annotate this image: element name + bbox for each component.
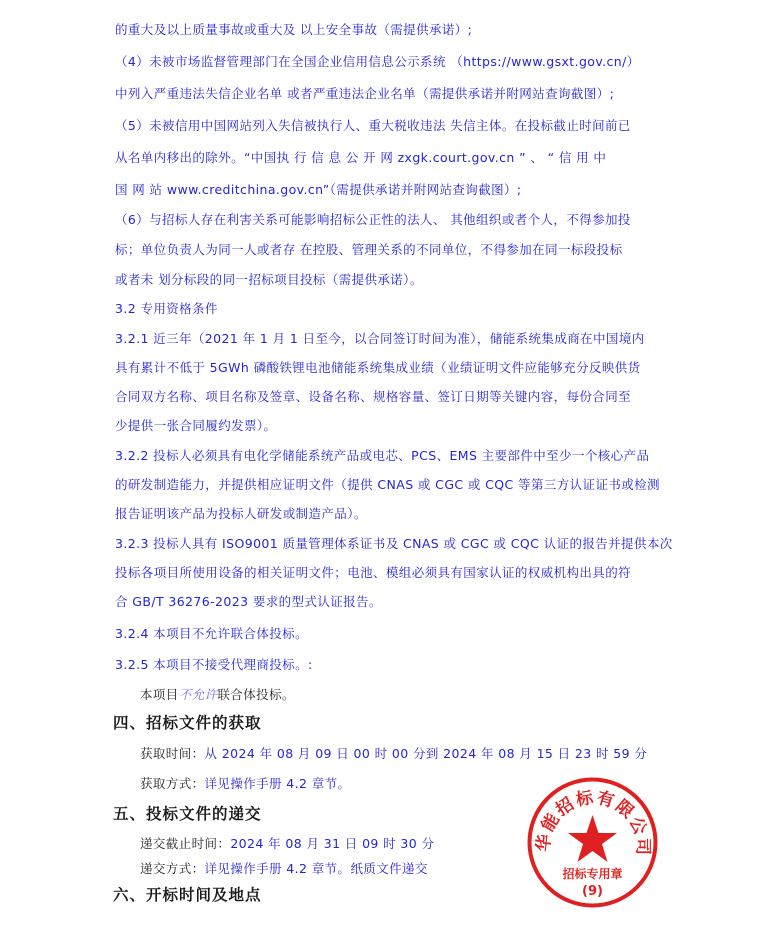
- text-line: （6）与招标人存在利害关系可能影响招标公正性的法人、 其他组织或者个人，不得参加…: [115, 210, 631, 228]
- field-label: 获取时间：: [140, 746, 205, 761]
- text-line: 合同双方名称、项目名称及签章、设备名称、规格容量、签订日期等关键内容，每份合同至: [115, 387, 631, 405]
- consortium-suffix: 联合体投标。: [217, 687, 294, 702]
- text-line: （5）未被信用中国网站列入失信被执行人、重大税收违法 失信主体。在投标截止时间前…: [115, 116, 631, 134]
- text-line: 3.2.5 本项目不接受代理商投标。:: [115, 655, 313, 673]
- svg-text:(9): (9): [582, 884, 603, 899]
- text-line: 3.2.2 投标人必须具有电化学储能系统产品或电芯、PCS、EMS 主要部件中至…: [115, 446, 649, 464]
- section-heading: 四、招标文件的获取: [113, 711, 262, 733]
- consortium-emphasis: 不允许: [179, 687, 218, 702]
- text-line: 或者未 划分标段的同一招标项目投标（需提供承诺）。: [115, 270, 423, 288]
- field-label: 递交方式：: [140, 861, 205, 876]
- text-line: 合 GB/T 36276-2023 要求的型式认证报告。: [115, 592, 382, 610]
- submit-method: 递交方式：详见操作手册 4.2 章节。纸质文件递交: [140, 859, 428, 877]
- company-seal: 华能招标有限公司 招标专用章 (9): [525, 775, 660, 910]
- text-line: 中列入严重违法失信企业名单 或者严重违法企业名单（需提供承诺并附网站查询截图）;: [115, 84, 614, 102]
- seal-icon: 华能招标有限公司 招标专用章 (9): [525, 775, 660, 910]
- acquire-method: 获取方式：详见操作手册 4.2 章节。: [140, 774, 350, 792]
- field-value: 从 2024 年 08 月 09 日 00 时 00 分到 2024 年 08 …: [205, 746, 648, 761]
- text-line: 的重大及以上质量事故或重大及 以上安全事故（需提供承诺）;: [115, 20, 472, 38]
- acquire-time: 获取时间：从 2024 年 08 月 09 日 00 时 00 分到 2024 …: [140, 744, 647, 762]
- section-heading: 五、投标文件的递交: [113, 802, 262, 824]
- text-line: 从名单内移出的除外。“中国执 行 信 息 公 开 网 zxgk.court.go…: [115, 148, 606, 166]
- consortium-note: 本项目不允许联合体投标。: [140, 685, 295, 703]
- text-line: 3.2.3 投标人具有 ISO9001 质量管理体系证书及 CNAS 或 CGC…: [115, 534, 673, 552]
- svg-text:招标专用章: 招标专用章: [561, 866, 622, 881]
- text-line: 的研发制造能力，并提供相应证明文件（提供 CNAS 或 CGC 或 CQC 等第…: [115, 475, 660, 493]
- text-line: 具有累计不低于 5GWh 磷酸铁锂电池储能系统集成业绩（业绩证明文件应能够充分反…: [115, 358, 641, 376]
- text-line: 3.2.4 本项目不允许联合体投标。: [115, 624, 308, 642]
- submit-deadline: 递交截止时间：2024 年 08 月 31 日 09 时 30 分: [140, 834, 434, 852]
- field-value: 详见操作手册 4.2 章节。纸质文件递交: [205, 861, 428, 876]
- section-heading: 六、开标时间及地点: [113, 883, 262, 905]
- text-line: 少提供一张合同履约发票）。: [115, 416, 276, 434]
- field-value: 详见操作手册 4.2 章节。: [205, 776, 351, 791]
- text-line: 标；单位负责人为同一人或者存 在控股、管理关系的不同单位，不得参加在同一标段投标: [115, 240, 622, 258]
- text-line: 国 网 站 www.creditchina.gov.cn”（需提供承诺并附网站查…: [115, 180, 522, 198]
- text-line: 投标各项目所使用设备的相关证明文件；电池、模组必须具有国家认证的权威机构出具的符: [115, 563, 631, 581]
- subsection-title: 3.2 专用资格条件: [115, 299, 218, 317]
- text-line: 报告证明该产品为投标人研发或制造产品）。: [115, 504, 367, 522]
- field-label: 递交截止时间：: [140, 836, 230, 851]
- consortium-prefix: 本项目: [140, 687, 179, 702]
- text-line: 3.2.1 近三年（2021 年 1 月 1 日至今，以合同签订时间为准），储能…: [115, 329, 645, 347]
- text-line: （4）未被市场监督管理部门在全国企业信用信息公示系统 （https://www.…: [115, 52, 640, 70]
- field-label: 获取方式：: [140, 776, 205, 791]
- field-value: 2024 年 08 月 31 日 09 时 30 分: [230, 836, 434, 851]
